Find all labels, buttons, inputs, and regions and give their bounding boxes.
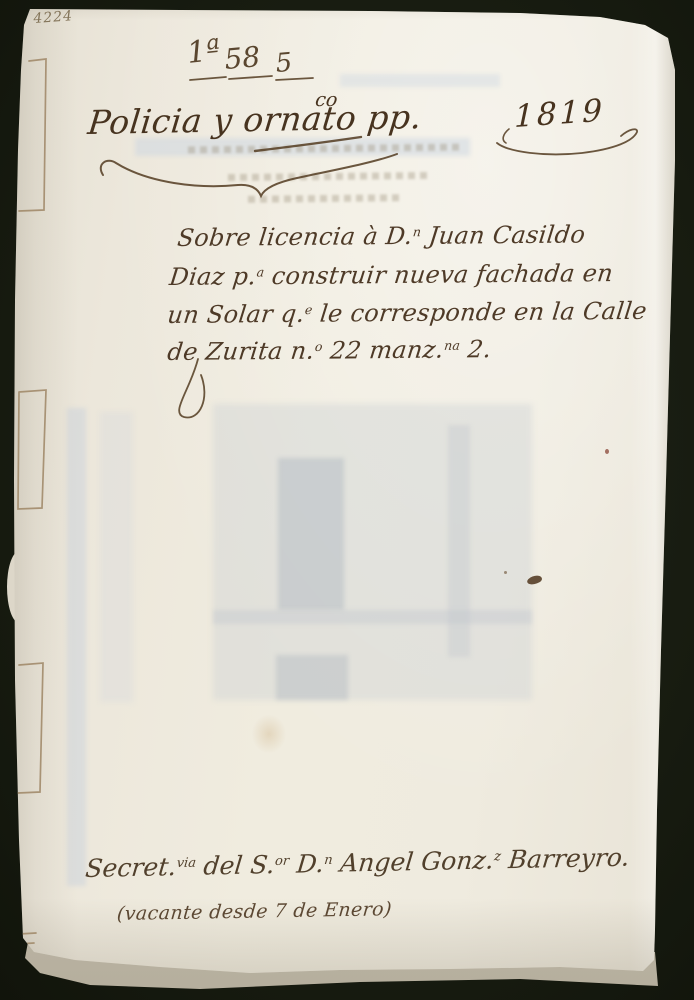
year-lead-curl (503, 129, 509, 143)
shelfmark-part: 58 (223, 40, 261, 76)
text-run: 2. (458, 335, 493, 363)
year: 1819 (514, 93, 605, 135)
text-run: Sobre licencia à D. (176, 222, 414, 252)
text-run: Angel Gonz. (331, 845, 495, 877)
text-run: Secret. (84, 852, 178, 883)
subject-line-3: un Solar q.e le corresponde en la Calle (166, 297, 648, 329)
text-run: de Zurita n. (166, 337, 316, 366)
title-underline-flourish (101, 154, 397, 196)
text-run: D. (287, 849, 325, 879)
superscript: na (443, 338, 461, 353)
subject-line-1: Sobre licencia à D.n Juan Casildo (176, 220, 587, 252)
shelfmark-part: 5 (274, 48, 293, 79)
paragraph-tail-loop (179, 359, 204, 417)
binding-stitches (18, 59, 46, 944)
text-run: Juan Casildo (419, 220, 587, 249)
text-run: 22 manz. (321, 336, 446, 365)
pp-strike (255, 137, 361, 151)
text-run: le corresponde en la Calle (311, 297, 649, 328)
document-title: Policia y ornato pp. (86, 97, 424, 142)
text-run: Diaz p. (168, 262, 258, 291)
document-page: 4224 1ª 58 5 Policia y ornato pp. co 181… (0, 0, 694, 1000)
text-run: un Solar q. (166, 300, 306, 329)
document-title-superscript: co (314, 89, 339, 111)
text-run: del S. (194, 850, 276, 881)
subject-line-2: Diaz p.a construir nueva fachada en (168, 259, 615, 291)
photo-background: 4224 1ª 58 5 Policia y ornato pp. co 181… (0, 0, 694, 1000)
text-run: construir nueva fachada en (262, 259, 614, 290)
shelfmark-underlines (190, 76, 313, 80)
text-run: Barreyro. (499, 843, 631, 875)
superscript: via (176, 856, 197, 871)
shelfmark-part: 1ª (185, 33, 222, 71)
subject-line-4: de Zurita n.o 22 manz.na 2. (166, 335, 493, 366)
archive-number: 4224 (33, 8, 74, 27)
